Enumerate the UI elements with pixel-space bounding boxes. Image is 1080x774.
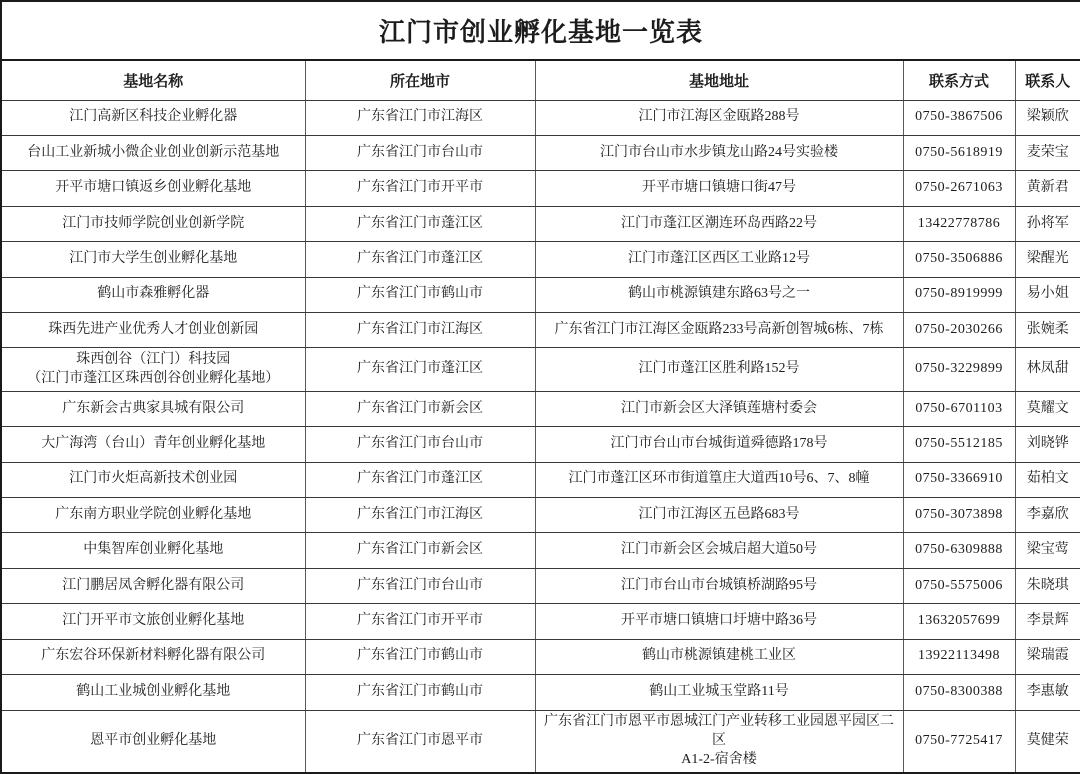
cell-base-name: 江门开平市文旅创业孵化基地 (1, 604, 305, 639)
cell-city: 广东省江门市鹤山市 (305, 639, 535, 674)
cell-base-name: 江门市技师学院创业创新学院 (1, 206, 305, 241)
cell-phone: 0750-8919999 (903, 277, 1015, 312)
column-header-city: 所在地市 (305, 60, 535, 100)
cell-address: 江门市江海区金瓯路288号 (535, 100, 903, 135)
cell-address: 江门市台山市台城镇桥湖路95号 (535, 568, 903, 603)
cell-base-name: 中集智库创业孵化基地 (1, 533, 305, 568)
cell-contact: 茹柏文 (1015, 462, 1080, 497)
cell-base-name: 恩平市创业孵化基地 (1, 710, 305, 773)
column-header-phone: 联系方式 (903, 60, 1015, 100)
cell-base-name: 江门鹏居凤舍孵化器有限公司 (1, 568, 305, 603)
cell-base-name: 珠西先进产业优秀人才创业创新园 (1, 313, 305, 348)
cell-address: 江门市新会区会城启超大道50号 (535, 533, 903, 568)
cell-address: 开平市塘口镇塘口街47号 (535, 171, 903, 206)
cell-address: 江门市蓬江区胜利路152号 (535, 348, 903, 391)
page-title: 江门市创业孵化基地一览表 (1, 1, 1080, 60)
column-header-contact: 联系人 (1015, 60, 1080, 100)
cell-city: 广东省江门市蓬江区 (305, 348, 535, 391)
cell-phone: 0750-2030266 (903, 313, 1015, 348)
cell-address: 江门市蓬江区潮连环岛西路22号 (535, 206, 903, 241)
cell-phone: 0750-5512185 (903, 427, 1015, 462)
table-row: 中集智库创业孵化基地广东省江门市新会区江门市新会区会城启超大道50号0750-6… (1, 533, 1080, 568)
cell-base-name: 珠西创谷（江门）科技园 （江门市蓬江区珠西创谷创业孵化基地） (1, 348, 305, 391)
table-row: 珠西创谷（江门）科技园 （江门市蓬江区珠西创谷创业孵化基地）广东省江门市蓬江区江… (1, 348, 1080, 391)
cell-contact: 莫健荣 (1015, 710, 1080, 773)
cell-address: 鹤山市桃源镇建桃工业区 (535, 639, 903, 674)
table-row: 恩平市创业孵化基地广东省江门市恩平市广东省江门市恩平市恩城江门产业转移工业园恩平… (1, 710, 1080, 773)
cell-base-name: 广东新会古典家具城有限公司 (1, 391, 305, 426)
table-row: 鹤山市森雅孵化器广东省江门市鹤山市鹤山市桃源镇建东路63号之一0750-8919… (1, 277, 1080, 312)
cell-phone: 0750-3229899 (903, 348, 1015, 391)
cell-phone: 13632057699 (903, 604, 1015, 639)
cell-city: 广东省江门市台山市 (305, 135, 535, 170)
table-row: 江门市火炬高新技术创业园广东省江门市蓬江区江门市蓬江区环市街道篁庄大道西10号6… (1, 462, 1080, 497)
cell-phone: 0750-6309888 (903, 533, 1015, 568)
cell-address: 广东省江门市恩平市恩城江门产业转移工业园恩平园区二区 A1-2-宿舍楼 (535, 710, 903, 773)
column-header-address: 基地地址 (535, 60, 903, 100)
cell-address: 开平市塘口镇塘口圩塘中路36号 (535, 604, 903, 639)
cell-contact: 黄新君 (1015, 171, 1080, 206)
cell-address: 鹤山市桃源镇建东路63号之一 (535, 277, 903, 312)
table-row: 江门开平市文旅创业孵化基地广东省江门市开平市开平市塘口镇塘口圩塘中路36号136… (1, 604, 1080, 639)
cell-city: 广东省江门市蓬江区 (305, 462, 535, 497)
cell-contact: 张婉柔 (1015, 313, 1080, 348)
cell-base-name: 广东宏谷环保新材料孵化器有限公司 (1, 639, 305, 674)
cell-city: 广东省江门市江海区 (305, 313, 535, 348)
cell-city: 广东省江门市恩平市 (305, 710, 535, 773)
cell-address: 江门市台山市台城街道舜德路178号 (535, 427, 903, 462)
cell-contact: 林凤甜 (1015, 348, 1080, 391)
column-header-base-name: 基地名称 (1, 60, 305, 100)
cell-phone: 13422778786 (903, 206, 1015, 241)
cell-base-name: 大广海湾（台山）青年创业孵化基地 (1, 427, 305, 462)
cell-phone: 13922113498 (903, 639, 1015, 674)
cell-city: 广东省江门市鹤山市 (305, 675, 535, 710)
cell-city: 广东省江门市台山市 (305, 427, 535, 462)
cell-city: 广东省江门市江海区 (305, 498, 535, 533)
table-row: 广东新会古典家具城有限公司广东省江门市新会区江门市新会区大泽镇莲塘村委会0750… (1, 391, 1080, 426)
cell-phone: 0750-3506886 (903, 242, 1015, 277)
cell-phone: 0750-6701103 (903, 391, 1015, 426)
cell-base-name: 广东南方职业学院创业孵化基地 (1, 498, 305, 533)
cell-base-name: 台山工业新城小微企业创业创新示范基地 (1, 135, 305, 170)
table-row: 江门鹏居凤舍孵化器有限公司广东省江门市台山市江门市台山市台城镇桥湖路95号075… (1, 568, 1080, 603)
cell-city: 广东省江门市新会区 (305, 533, 535, 568)
cell-contact: 李景辉 (1015, 604, 1080, 639)
table-row: 鹤山工业城创业孵化基地广东省江门市鹤山市鹤山工业城玉堂路11号0750-8300… (1, 675, 1080, 710)
table-row: 江门高新区科技企业孵化器广东省江门市江海区江门市江海区金瓯路288号0750-3… (1, 100, 1080, 135)
cell-address: 江门市江海区五邑路683号 (535, 498, 903, 533)
table-row: 广东南方职业学院创业孵化基地广东省江门市江海区江门市江海区五邑路683号0750… (1, 498, 1080, 533)
cell-contact: 梁瑞霞 (1015, 639, 1080, 674)
table-row: 大广海湾（台山）青年创业孵化基地广东省江门市台山市江门市台山市台城街道舜德路17… (1, 427, 1080, 462)
cell-phone: 0750-3366910 (903, 462, 1015, 497)
cell-contact: 李惠敏 (1015, 675, 1080, 710)
cell-base-name: 江门市火炬高新技术创业园 (1, 462, 305, 497)
cell-phone: 0750-3073898 (903, 498, 1015, 533)
cell-address: 江门市蓬江区环市街道篁庄大道西10号6、7、8幢 (535, 462, 903, 497)
table-row: 广东宏谷环保新材料孵化器有限公司广东省江门市鹤山市鹤山市桃源镇建桃工业区1392… (1, 639, 1080, 674)
cell-base-name: 鹤山市森雅孵化器 (1, 277, 305, 312)
cell-contact: 朱晓琪 (1015, 568, 1080, 603)
cell-city: 广东省江门市蓬江区 (305, 206, 535, 241)
cell-base-name: 开平市塘口镇返乡创业孵化基地 (1, 171, 305, 206)
table-row: 台山工业新城小微企业创业创新示范基地广东省江门市台山市江门市台山市水步镇龙山路2… (1, 135, 1080, 170)
title-row: 江门市创业孵化基地一览表 (1, 1, 1080, 60)
cell-contact: 梁宝莺 (1015, 533, 1080, 568)
cell-contact: 麦荣宝 (1015, 135, 1080, 170)
cell-contact: 刘晓铧 (1015, 427, 1080, 462)
cell-phone: 0750-3867506 (903, 100, 1015, 135)
cell-phone: 0750-7725417 (903, 710, 1015, 773)
cell-city: 广东省江门市台山市 (305, 568, 535, 603)
cell-base-name: 江门高新区科技企业孵化器 (1, 100, 305, 135)
cell-address: 江门市台山市水步镇龙山路24号实验楼 (535, 135, 903, 170)
table-body: 江门高新区科技企业孵化器广东省江门市江海区江门市江海区金瓯路288号0750-3… (1, 100, 1080, 773)
table-row: 江门市大学生创业孵化基地广东省江门市蓬江区江门市蓬江区西区工业路12号0750-… (1, 242, 1080, 277)
cell-address: 广东省江门市江海区金瓯路233号高新创智城6栋、7栋 (535, 313, 903, 348)
cell-address: 江门市蓬江区西区工业路12号 (535, 242, 903, 277)
cell-contact: 李嘉欣 (1015, 498, 1080, 533)
table-row: 珠西先进产业优秀人才创业创新园广东省江门市江海区广东省江门市江海区金瓯路233号… (1, 313, 1080, 348)
cell-contact: 梁醒光 (1015, 242, 1080, 277)
cell-contact: 莫耀文 (1015, 391, 1080, 426)
cell-city: 广东省江门市新会区 (305, 391, 535, 426)
table-row: 开平市塘口镇返乡创业孵化基地广东省江门市开平市开平市塘口镇塘口街47号0750-… (1, 171, 1080, 206)
cell-phone: 0750-2671063 (903, 171, 1015, 206)
cell-address: 江门市新会区大泽镇莲塘村委会 (535, 391, 903, 426)
cell-base-name: 江门市大学生创业孵化基地 (1, 242, 305, 277)
cell-phone: 0750-5575006 (903, 568, 1015, 603)
cell-city: 广东省江门市鹤山市 (305, 277, 535, 312)
incubator-table: 江门市创业孵化基地一览表 基地名称 所在地市 基地地址 联系方式 联系人 江门高… (0, 0, 1080, 774)
cell-city: 广东省江门市开平市 (305, 171, 535, 206)
cell-base-name: 鹤山工业城创业孵化基地 (1, 675, 305, 710)
cell-phone: 0750-8300388 (903, 675, 1015, 710)
cell-contact: 孙将军 (1015, 206, 1080, 241)
cell-city: 广东省江门市蓬江区 (305, 242, 535, 277)
cell-address: 鹤山工业城玉堂路11号 (535, 675, 903, 710)
cell-phone: 0750-5618919 (903, 135, 1015, 170)
cell-contact: 易小姐 (1015, 277, 1080, 312)
cell-city: 广东省江门市开平市 (305, 604, 535, 639)
header-row: 基地名称 所在地市 基地地址 联系方式 联系人 (1, 60, 1080, 100)
cell-city: 广东省江门市江海区 (305, 100, 535, 135)
cell-contact: 梁颖欣 (1015, 100, 1080, 135)
table-row: 江门市技师学院创业创新学院广东省江门市蓬江区江门市蓬江区潮连环岛西路22号134… (1, 206, 1080, 241)
